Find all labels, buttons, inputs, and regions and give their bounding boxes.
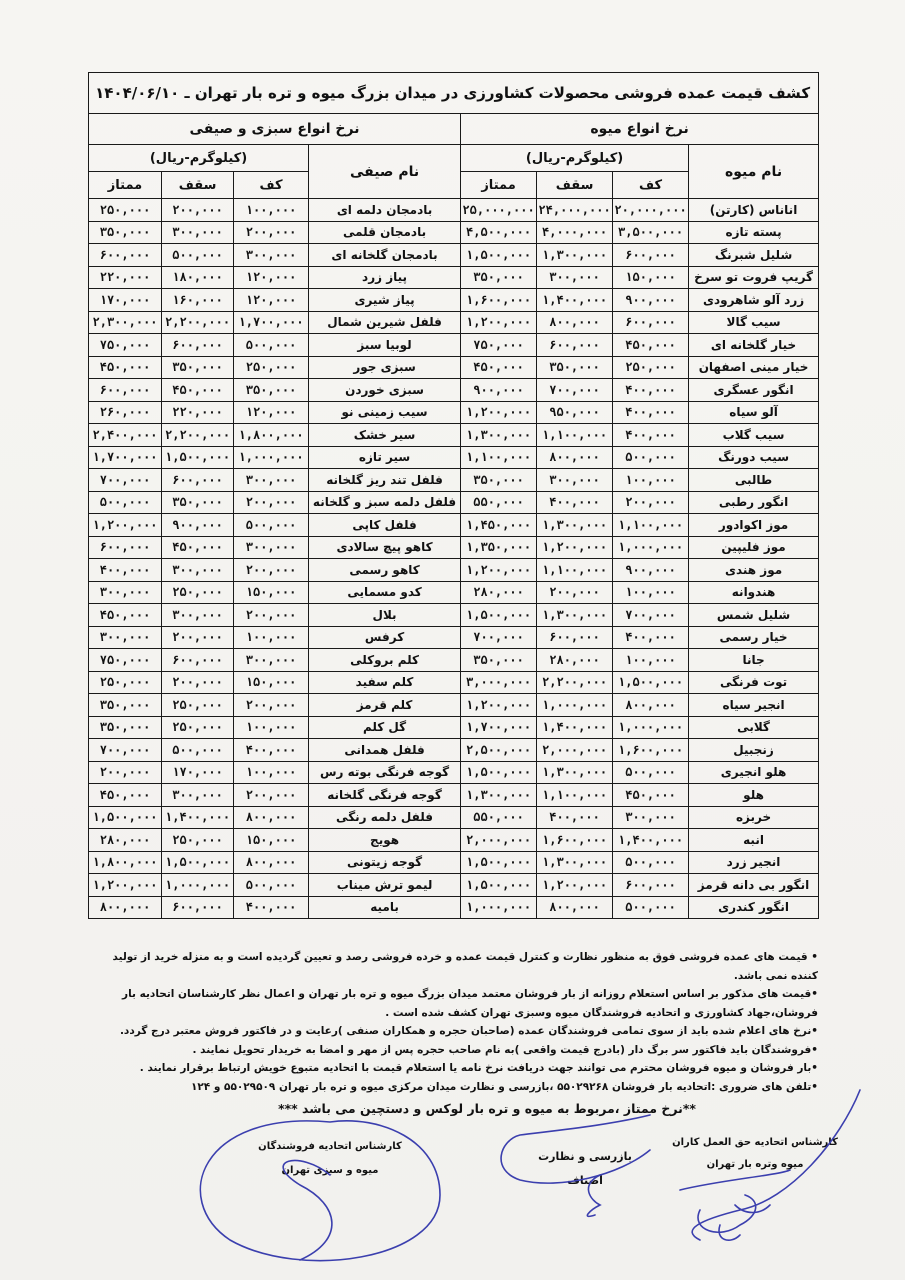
fruit-max-price-cell: ۳۵۰,۰۰۰ bbox=[537, 356, 613, 379]
veg-premium-price-cell: ۲۲۰,۰۰۰ bbox=[89, 266, 162, 289]
signature-block-right: کارشناس اتحادیه حق العمل کاران میوه وتره… bbox=[660, 1132, 850, 1176]
table-row: جانا۱۰۰,۰۰۰۲۸۰,۰۰۰۳۵۰,۰۰۰کلم بروکلی۳۰۰,۰… bbox=[89, 649, 819, 672]
fruit-premium-price-cell: ۱,۲۰۰,۰۰۰ bbox=[461, 559, 537, 582]
veg-premium-price-cell: ۷۵۰,۰۰۰ bbox=[89, 649, 162, 672]
veg-premium-price-cell: ۱,۵۰۰,۰۰۰ bbox=[89, 806, 162, 829]
veg-max-header: سقف bbox=[162, 172, 234, 199]
fruit-min-price-cell: ۶۰۰,۰۰۰ bbox=[613, 874, 689, 897]
table-row: خیار گلخانه ای۴۵۰,۰۰۰۶۰۰,۰۰۰۷۵۰,۰۰۰لوبیا… bbox=[89, 334, 819, 357]
veg-min-price-cell: ۱,۰۰۰,۰۰۰ bbox=[234, 446, 309, 469]
veg-max-price-cell: ۱۸۰,۰۰۰ bbox=[162, 266, 234, 289]
fruit-max-price-cell: ۱,۳۰۰,۰۰۰ bbox=[537, 761, 613, 784]
fruit-premium-price-cell: ۱,۲۰۰,۰۰۰ bbox=[461, 694, 537, 717]
veg-premium-price-cell: ۳۰۰,۰۰۰ bbox=[89, 581, 162, 604]
document-page: کشف قیمت عمده فروشی محصولات کشاورزی در م… bbox=[0, 0, 905, 1280]
fruit-max-price-cell: ۹۵۰,۰۰۰ bbox=[537, 401, 613, 424]
veg-premium-price-cell: ۵۰۰,۰۰۰ bbox=[89, 491, 162, 514]
fruit-min-price-cell: ۴۰۰,۰۰۰ bbox=[613, 401, 689, 424]
veg-max-price-cell: ۲,۲۰۰,۰۰۰ bbox=[162, 311, 234, 334]
table-row: انجیر زرد۵۰۰,۰۰۰۱,۳۰۰,۰۰۰۱,۵۰۰,۰۰۰گوجه ز… bbox=[89, 851, 819, 874]
table-row: سیب دورنگ۵۰۰,۰۰۰۸۰۰,۰۰۰۱,۱۰۰,۰۰۰سیر تازه… bbox=[89, 446, 819, 469]
fruit-name-cell: پسته تازه bbox=[689, 221, 819, 244]
veg-premium-price-cell: ۴۵۰,۰۰۰ bbox=[89, 784, 162, 807]
fruit-name-cell: جانا bbox=[689, 649, 819, 672]
fruit-min-price-cell: ۵۰۰,۰۰۰ bbox=[613, 851, 689, 874]
fruit-min-price-cell: ۶۰۰,۰۰۰ bbox=[613, 244, 689, 267]
table-row: انگور کندری۵۰۰,۰۰۰۸۰۰,۰۰۰۱,۰۰۰,۰۰۰بامیه۴… bbox=[89, 896, 819, 919]
veg-min-price-cell: ۱۰۰,۰۰۰ bbox=[234, 716, 309, 739]
fruit-min-price-cell: ۹۰۰,۰۰۰ bbox=[613, 559, 689, 582]
veg-min-price-cell: ۸۰۰,۰۰۰ bbox=[234, 806, 309, 829]
fruit-premium-price-cell: ۱,۵۰۰,۰۰۰ bbox=[461, 874, 537, 897]
veg-min-price-cell: ۱,۸۰۰,۰۰۰ bbox=[234, 424, 309, 447]
veg-name-cell: بامیه bbox=[309, 896, 461, 919]
fruit-premium-price-cell: ۳۵۰,۰۰۰ bbox=[461, 649, 537, 672]
fruit-min-price-cell: ۳۰۰,۰۰۰ bbox=[613, 806, 689, 829]
fruit-name-cell: گریپ فروت تو سرخ bbox=[689, 266, 819, 289]
veg-name-cell: لیمو ترش میناب bbox=[309, 874, 461, 897]
veg-name-cell: کاهو پیچ سالادی bbox=[309, 536, 461, 559]
veg-name-cell: سیب زمینی نو bbox=[309, 401, 461, 424]
veg-name-cell: پیاز شیری bbox=[309, 289, 461, 312]
veg-min-price-cell: ۳۰۰,۰۰۰ bbox=[234, 649, 309, 672]
note-phones: •تلفن های ضروری :اتحادیه بار فروشان ۵۵۰۲… bbox=[96, 1078, 818, 1097]
veg-max-price-cell: ۳۵۰,۰۰۰ bbox=[162, 356, 234, 379]
fruit-unit-label: (کیلوگرم-ریال) bbox=[461, 145, 689, 172]
fruit-name-cell: انگور کندری bbox=[689, 896, 819, 919]
veg-name-column-header: نام صیفی bbox=[309, 145, 461, 199]
signature-right-line2: میوه وتره بار تهران bbox=[660, 1154, 850, 1176]
veg-max-price-cell: ۲۵۰,۰۰۰ bbox=[162, 716, 234, 739]
veg-max-price-cell: ۱,۵۰۰,۰۰۰ bbox=[162, 851, 234, 874]
fruit-max-price-cell: ۱,۱۰۰,۰۰۰ bbox=[537, 424, 613, 447]
fruit-premium-price-cell: ۱,۶۰۰,۰۰۰ bbox=[461, 289, 537, 312]
veg-min-header: کف bbox=[234, 172, 309, 199]
fruit-min-price-cell: ۲۰,۰۰۰,۰۰۰ bbox=[613, 199, 689, 222]
fruit-min-price-cell: ۷۰۰,۰۰۰ bbox=[613, 604, 689, 627]
veg-premium-price-cell: ۸۰۰,۰۰۰ bbox=[89, 896, 162, 919]
veg-max-price-cell: ۲,۲۰۰,۰۰۰ bbox=[162, 424, 234, 447]
veg-premium-price-cell: ۳۵۰,۰۰۰ bbox=[89, 694, 162, 717]
fruit-min-price-cell: ۱۰۰,۰۰۰ bbox=[613, 581, 689, 604]
fruit-min-price-cell: ۴۰۰,۰۰۰ bbox=[613, 424, 689, 447]
veg-min-price-cell: ۱,۷۰۰,۰۰۰ bbox=[234, 311, 309, 334]
fruit-max-price-cell: ۱,۴۰۰,۰۰۰ bbox=[537, 716, 613, 739]
veg-name-cell: گل کلم bbox=[309, 716, 461, 739]
table-row: گلابی۱,۰۰۰,۰۰۰۱,۴۰۰,۰۰۰۱,۷۰۰,۰۰۰گل کلم۱۰… bbox=[89, 716, 819, 739]
fruit-premium-price-cell: ۱,۲۰۰,۰۰۰ bbox=[461, 401, 537, 424]
fruit-max-price-cell: ۲,۰۰۰,۰۰۰ bbox=[537, 739, 613, 762]
fruit-min-price-cell: ۱,۰۰۰,۰۰۰ bbox=[613, 716, 689, 739]
veg-name-cell: سبزی خوردن bbox=[309, 379, 461, 402]
note-4: •فروشندگان باید فاکتور سر برگ دار (بادرج… bbox=[96, 1041, 818, 1060]
fruit-max-price-cell: ۱,۱۰۰,۰۰۰ bbox=[537, 784, 613, 807]
fruit-premium-price-cell: ۳,۰۰۰,۰۰۰ bbox=[461, 671, 537, 694]
veg-min-price-cell: ۱۵۰,۰۰۰ bbox=[234, 581, 309, 604]
fruit-min-price-cell: ۴۵۰,۰۰۰ bbox=[613, 334, 689, 357]
veg-min-price-cell: ۵۰۰,۰۰۰ bbox=[234, 874, 309, 897]
fruit-premium-price-cell: ۱,۱۰۰,۰۰۰ bbox=[461, 446, 537, 469]
table-row: شلیل شمس۷۰۰,۰۰۰۱,۳۰۰,۰۰۰۱,۵۰۰,۰۰۰بلال۲۰۰… bbox=[89, 604, 819, 627]
veg-min-price-cell: ۲۰۰,۰۰۰ bbox=[234, 491, 309, 514]
fruit-name-cell: خیار گلخانه ای bbox=[689, 334, 819, 357]
fruit-name-cell: موز فلیپین bbox=[689, 536, 819, 559]
fruit-name-cell: زنجبیل bbox=[689, 739, 819, 762]
fruit-max-price-cell: ۱,۳۰۰,۰۰۰ bbox=[537, 244, 613, 267]
table-row: هلو۴۵۰,۰۰۰۱,۱۰۰,۰۰۰۱,۳۰۰,۰۰۰گوجه فرنگی گ… bbox=[89, 784, 819, 807]
fruit-max-price-cell: ۱,۲۰۰,۰۰۰ bbox=[537, 536, 613, 559]
fruit-min-price-cell: ۱۵۰,۰۰۰ bbox=[613, 266, 689, 289]
fruit-name-cell: هلو انجیری bbox=[689, 761, 819, 784]
fruit-max-price-cell: ۲,۲۰۰,۰۰۰ bbox=[537, 671, 613, 694]
fruit-premium-price-cell: ۲۵,۰۰۰,۰۰۰ bbox=[461, 199, 537, 222]
veg-max-price-cell: ۵۰۰,۰۰۰ bbox=[162, 739, 234, 762]
veg-premium-price-cell: ۷۰۰,۰۰۰ bbox=[89, 739, 162, 762]
note-5: •بار فروشان و میوه فروشان محترم می توانن… bbox=[96, 1059, 818, 1078]
veg-min-price-cell: ۲۵۰,۰۰۰ bbox=[234, 356, 309, 379]
table-row: توت فرنگی۱,۵۰۰,۰۰۰۲,۲۰۰,۰۰۰۳,۰۰۰,۰۰۰کلم … bbox=[89, 671, 819, 694]
veg-min-price-cell: ۱۰۰,۰۰۰ bbox=[234, 761, 309, 784]
fruit-max-price-cell: ۱,۶۰۰,۰۰۰ bbox=[537, 829, 613, 852]
fruit-max-price-cell: ۱,۰۰۰,۰۰۰ bbox=[537, 694, 613, 717]
fruit-max-price-cell: ۴,۰۰۰,۰۰۰ bbox=[537, 221, 613, 244]
fruit-min-price-cell: ۳,۵۰۰,۰۰۰ bbox=[613, 221, 689, 244]
veg-max-price-cell: ۴۵۰,۰۰۰ bbox=[162, 536, 234, 559]
fruit-max-price-cell: ۲۰۰,۰۰۰ bbox=[537, 581, 613, 604]
veg-min-price-cell: ۸۰۰,۰۰۰ bbox=[234, 851, 309, 874]
veg-max-price-cell: ۲۵۰,۰۰۰ bbox=[162, 829, 234, 852]
veg-max-price-cell: ۶۰۰,۰۰۰ bbox=[162, 469, 234, 492]
veg-name-cell: فلفل شیرین شمال bbox=[309, 311, 461, 334]
veg-min-price-cell: ۳۰۰,۰۰۰ bbox=[234, 244, 309, 267]
veg-premium-price-cell: ۶۰۰,۰۰۰ bbox=[89, 244, 162, 267]
fruit-max-price-cell: ۳۰۰,۰۰۰ bbox=[537, 469, 613, 492]
table-row: موز هندی۹۰۰,۰۰۰۱,۱۰۰,۰۰۰۱,۲۰۰,۰۰۰کاهو رس… bbox=[89, 559, 819, 582]
veg-name-cell: هویج bbox=[309, 829, 461, 852]
veg-premium-price-cell: ۳۵۰,۰۰۰ bbox=[89, 716, 162, 739]
table-row: شلیل شبرنگ۶۰۰,۰۰۰۱,۳۰۰,۰۰۰۱,۵۰۰,۰۰۰بادمج… bbox=[89, 244, 819, 267]
veg-min-price-cell: ۲۰۰,۰۰۰ bbox=[234, 221, 309, 244]
table-row: هندوانه۱۰۰,۰۰۰۲۰۰,۰۰۰۲۸۰,۰۰۰کدو مسمایی۱۵… bbox=[89, 581, 819, 604]
veg-premium-price-cell: ۱,۲۰۰,۰۰۰ bbox=[89, 874, 162, 897]
veg-name-cell: کرفس bbox=[309, 626, 461, 649]
veg-min-price-cell: ۱۲۰,۰۰۰ bbox=[234, 266, 309, 289]
note-3: •نرخ های اعلام شده باید از سوی تمامی فرو… bbox=[96, 1022, 818, 1041]
fruit-premium-header: ممتاز bbox=[461, 172, 537, 199]
veg-max-price-cell: ۳۰۰,۰۰۰ bbox=[162, 559, 234, 582]
fruit-max-price-cell: ۷۰۰,۰۰۰ bbox=[537, 379, 613, 402]
fruit-name-cell: اناناس (کارتن) bbox=[689, 199, 819, 222]
fruit-max-price-cell: ۸۰۰,۰۰۰ bbox=[537, 446, 613, 469]
veg-name-cell: سیر تازه bbox=[309, 446, 461, 469]
veg-premium-price-cell: ۷۰۰,۰۰۰ bbox=[89, 469, 162, 492]
fruit-name-cell: انگور بی دانه قرمز bbox=[689, 874, 819, 897]
veg-name-cell: گوجه فرنگی بوته رس bbox=[309, 761, 461, 784]
veg-premium-price-cell: ۲۰۰,۰۰۰ bbox=[89, 761, 162, 784]
veg-name-cell: بلال bbox=[309, 604, 461, 627]
fruit-name-cell: طالبی bbox=[689, 469, 819, 492]
veg-name-cell: فلفل دلمه رنگی bbox=[309, 806, 461, 829]
fruit-premium-price-cell: ۱,۳۰۰,۰۰۰ bbox=[461, 424, 537, 447]
fruit-min-price-cell: ۴۵۰,۰۰۰ bbox=[613, 784, 689, 807]
fruit-name-cell: موز هندی bbox=[689, 559, 819, 582]
veg-name-cell: کاهو رسمی bbox=[309, 559, 461, 582]
veg-min-price-cell: ۲۰۰,۰۰۰ bbox=[234, 694, 309, 717]
fruit-premium-price-cell: ۴,۵۰۰,۰۰۰ bbox=[461, 221, 537, 244]
fruit-premium-price-cell: ۱,۵۰۰,۰۰۰ bbox=[461, 604, 537, 627]
veg-name-cell: لوبیا سبز bbox=[309, 334, 461, 357]
veg-max-price-cell: ۲۵۰,۰۰۰ bbox=[162, 694, 234, 717]
veg-max-price-cell: ۲۰۰,۰۰۰ bbox=[162, 626, 234, 649]
fruit-max-price-cell: ۸۰۰,۰۰۰ bbox=[537, 311, 613, 334]
fruit-name-cell: سیب دورنگ bbox=[689, 446, 819, 469]
fruit-premium-price-cell: ۱,۵۰۰,۰۰۰ bbox=[461, 244, 537, 267]
fruit-name-cell: انجیر سیاه bbox=[689, 694, 819, 717]
veg-max-price-cell: ۱,۰۰۰,۰۰۰ bbox=[162, 874, 234, 897]
fruit-premium-price-cell: ۵۵۰,۰۰۰ bbox=[461, 806, 537, 829]
table-row: انگور بی دانه قرمز۶۰۰,۰۰۰۱,۲۰۰,۰۰۰۱,۵۰۰,… bbox=[89, 874, 819, 897]
fruit-name-cell: شلیل شبرنگ bbox=[689, 244, 819, 267]
veg-name-cell: گوجه فرنگی گلخانه bbox=[309, 784, 461, 807]
fruit-premium-price-cell: ۵۵۰,۰۰۰ bbox=[461, 491, 537, 514]
fruit-max-price-cell: ۴۰۰,۰۰۰ bbox=[537, 491, 613, 514]
fruit-name-cell: توت فرنگی bbox=[689, 671, 819, 694]
fruit-premium-price-cell: ۳۵۰,۰۰۰ bbox=[461, 266, 537, 289]
veg-unit-label: (کیلوگرم-ریال) bbox=[89, 145, 309, 172]
fruit-premium-price-cell: ۱,۵۰۰,۰۰۰ bbox=[461, 761, 537, 784]
fruit-max-price-cell: ۱,۴۰۰,۰۰۰ bbox=[537, 289, 613, 312]
veg-min-price-cell: ۱۰۰,۰۰۰ bbox=[234, 626, 309, 649]
fruit-max-price-cell: ۱,۱۰۰,۰۰۰ bbox=[537, 559, 613, 582]
table-row: گریپ فروت تو سرخ۱۵۰,۰۰۰۳۰۰,۰۰۰۳۵۰,۰۰۰پیا… bbox=[89, 266, 819, 289]
fruit-min-price-cell: ۱,۵۰۰,۰۰۰ bbox=[613, 671, 689, 694]
veg-min-price-cell: ۲۰۰,۰۰۰ bbox=[234, 559, 309, 582]
fruit-min-price-cell: ۱,۰۰۰,۰۰۰ bbox=[613, 536, 689, 559]
veg-max-price-cell: ۲۰۰,۰۰۰ bbox=[162, 199, 234, 222]
price-rows: اناناس (کارتن)۲۰,۰۰۰,۰۰۰۲۴,۰۰۰,۰۰۰۲۵,۰۰۰… bbox=[89, 199, 819, 919]
veg-max-price-cell: ۲۲۰,۰۰۰ bbox=[162, 401, 234, 424]
veg-premium-price-cell: ۳۵۰,۰۰۰ bbox=[89, 221, 162, 244]
fruit-name-cell: انگور رطبی bbox=[689, 491, 819, 514]
table-row: خربزه۳۰۰,۰۰۰۴۰۰,۰۰۰۵۵۰,۰۰۰فلفل دلمه رنگی… bbox=[89, 806, 819, 829]
veg-name-cell: بادمجان قلمی bbox=[309, 221, 461, 244]
fruit-premium-price-cell: ۲,۰۰۰,۰۰۰ bbox=[461, 829, 537, 852]
veg-name-cell: پیاز زرد bbox=[309, 266, 461, 289]
veg-max-price-cell: ۳۰۰,۰۰۰ bbox=[162, 784, 234, 807]
veg-premium-price-cell: ۲,۴۰۰,۰۰۰ bbox=[89, 424, 162, 447]
fruit-max-price-cell: ۳۰۰,۰۰۰ bbox=[537, 266, 613, 289]
fruit-min-price-cell: ۱,۶۰۰,۰۰۰ bbox=[613, 739, 689, 762]
table-row: هلو انجیری۵۰۰,۰۰۰۱,۳۰۰,۰۰۰۱,۵۰۰,۰۰۰گوجه … bbox=[89, 761, 819, 784]
fruit-max-price-cell: ۴۰۰,۰۰۰ bbox=[537, 806, 613, 829]
note-1: • قیمت های عمده فروشی فوق به منظور نظارت… bbox=[96, 948, 818, 985]
fruit-min-price-cell: ۱,۱۰۰,۰۰۰ bbox=[613, 514, 689, 537]
veg-premium-price-cell: ۱,۷۰۰,۰۰۰ bbox=[89, 446, 162, 469]
table-row: سیب گالا۶۰۰,۰۰۰۸۰۰,۰۰۰۱,۲۰۰,۰۰۰فلفل شیری… bbox=[89, 311, 819, 334]
price-table: کشف قیمت عمده فروشی محصولات کشاورزی در م… bbox=[88, 72, 819, 919]
veg-premium-price-cell: ۷۵۰,۰۰۰ bbox=[89, 334, 162, 357]
fruit-premium-price-cell: ۲,۵۰۰,۰۰۰ bbox=[461, 739, 537, 762]
fruit-max-price-cell: ۱,۲۰۰,۰۰۰ bbox=[537, 874, 613, 897]
fruit-max-price-cell: ۸۰۰,۰۰۰ bbox=[537, 896, 613, 919]
veg-min-price-cell: ۵۰۰,۰۰۰ bbox=[234, 514, 309, 537]
veg-min-price-cell: ۱۲۰,۰۰۰ bbox=[234, 289, 309, 312]
fruit-name-cell: گلابی bbox=[689, 716, 819, 739]
fruit-max-price-cell: ۶۰۰,۰۰۰ bbox=[537, 626, 613, 649]
fruit-min-price-cell: ۶۰۰,۰۰۰ bbox=[613, 311, 689, 334]
signature-left-line1: کارشناس اتحادیه فروشندگان bbox=[240, 1135, 420, 1159]
fruit-max-price-cell: ۲۴,۰۰۰,۰۰۰ bbox=[537, 199, 613, 222]
veg-max-price-cell: ۳۰۰,۰۰۰ bbox=[162, 604, 234, 627]
fruit-name-cell: آلو سیاه bbox=[689, 401, 819, 424]
veg-min-price-cell: ۴۰۰,۰۰۰ bbox=[234, 896, 309, 919]
fruit-name-cell: هلو bbox=[689, 784, 819, 807]
veg-min-price-cell: ۵۰۰,۰۰۰ bbox=[234, 334, 309, 357]
table-row: زنجبیل۱,۶۰۰,۰۰۰۲,۰۰۰,۰۰۰۲,۵۰۰,۰۰۰فلفل هم… bbox=[89, 739, 819, 762]
veg-premium-price-cell: ۴۰۰,۰۰۰ bbox=[89, 559, 162, 582]
fruit-max-price-cell: ۶۰۰,۰۰۰ bbox=[537, 334, 613, 357]
fruit-name-column-header: نام میوه bbox=[689, 145, 819, 199]
table-row: موز فلیپین۱,۰۰۰,۰۰۰۱,۲۰۰,۰۰۰۱,۳۵۰,۰۰۰کاه… bbox=[89, 536, 819, 559]
fruit-min-price-cell: ۱,۴۰۰,۰۰۰ bbox=[613, 829, 689, 852]
fruit-premium-price-cell: ۴۵۰,۰۰۰ bbox=[461, 356, 537, 379]
table-row: پسته تازه۳,۵۰۰,۰۰۰۴,۰۰۰,۰۰۰۴,۵۰۰,۰۰۰بادم… bbox=[89, 221, 819, 244]
fruit-premium-price-cell: ۳۵۰,۰۰۰ bbox=[461, 469, 537, 492]
veg-premium-header: ممتاز bbox=[89, 172, 162, 199]
signature-right-line1: کارشناس اتحادیه حق العمل کاران bbox=[660, 1132, 850, 1154]
veg-max-price-cell: ۹۰۰,۰۰۰ bbox=[162, 514, 234, 537]
veg-min-price-cell: ۳۰۰,۰۰۰ bbox=[234, 469, 309, 492]
note-2: •قیمت های مذکور بر اساس استعلام روزانه ا… bbox=[96, 985, 818, 1022]
fruit-premium-price-cell: ۹۰۰,۰۰۰ bbox=[461, 379, 537, 402]
veg-min-price-cell: ۴۰۰,۰۰۰ bbox=[234, 739, 309, 762]
veg-max-price-cell: ۶۰۰,۰۰۰ bbox=[162, 896, 234, 919]
veg-premium-price-cell: ۶۰۰,۰۰۰ bbox=[89, 536, 162, 559]
veg-max-price-cell: ۱,۵۰۰,۰۰۰ bbox=[162, 446, 234, 469]
fruit-premium-price-cell: ۱,۴۵۰,۰۰۰ bbox=[461, 514, 537, 537]
veg-min-price-cell: ۲۰۰,۰۰۰ bbox=[234, 604, 309, 627]
table-row: طالبی۱۰۰,۰۰۰۳۰۰,۰۰۰۳۵۰,۰۰۰فلفل تند ریز گ… bbox=[89, 469, 819, 492]
veg-premium-price-cell: ۲۸۰,۰۰۰ bbox=[89, 829, 162, 852]
table-row: آلو سیاه۴۰۰,۰۰۰۹۵۰,۰۰۰۱,۲۰۰,۰۰۰سیب زمینی… bbox=[89, 401, 819, 424]
veg-max-price-cell: ۱۷۰,۰۰۰ bbox=[162, 761, 234, 784]
fruit-min-price-cell: ۲۰۰,۰۰۰ bbox=[613, 491, 689, 514]
veg-premium-price-cell: ۴۵۰,۰۰۰ bbox=[89, 604, 162, 627]
veg-name-cell: سیر خشک bbox=[309, 424, 461, 447]
veg-name-cell: کدو مسمایی bbox=[309, 581, 461, 604]
fruit-max-price-cell: ۲۸۰,۰۰۰ bbox=[537, 649, 613, 672]
fruit-name-cell: خربزه bbox=[689, 806, 819, 829]
table-row: خیار رسمی۴۰۰,۰۰۰۶۰۰,۰۰۰۷۰۰,۰۰۰کرفس۱۰۰,۰۰… bbox=[89, 626, 819, 649]
fruit-premium-price-cell: ۷۵۰,۰۰۰ bbox=[461, 334, 537, 357]
veg-name-cell: فلفل کاپی bbox=[309, 514, 461, 537]
table-row: اناناس (کارتن)۲۰,۰۰۰,۰۰۰۲۴,۰۰۰,۰۰۰۲۵,۰۰۰… bbox=[89, 199, 819, 222]
veg-premium-price-cell: ۱۷۰,۰۰۰ bbox=[89, 289, 162, 312]
veg-premium-price-cell: ۲۵۰,۰۰۰ bbox=[89, 199, 162, 222]
fruit-premium-price-cell: ۱,۳۰۰,۰۰۰ bbox=[461, 784, 537, 807]
fruit-name-cell: انبه bbox=[689, 829, 819, 852]
fruit-name-cell: موز اکوادور bbox=[689, 514, 819, 537]
veg-name-cell: فلفل همدانی bbox=[309, 739, 461, 762]
table-row: انگور عسگری۴۰۰,۰۰۰۷۰۰,۰۰۰۹۰۰,۰۰۰سبزی خور… bbox=[89, 379, 819, 402]
veg-name-cell: فلفل تند ریز گلخانه bbox=[309, 469, 461, 492]
fruit-premium-price-cell: ۷۰۰,۰۰۰ bbox=[461, 626, 537, 649]
fruit-max-header: سقف bbox=[537, 172, 613, 199]
fruit-name-cell: سیب گالا bbox=[689, 311, 819, 334]
fruit-premium-price-cell: ۱,۲۰۰,۰۰۰ bbox=[461, 311, 537, 334]
fruit-min-price-cell: ۱۰۰,۰۰۰ bbox=[613, 649, 689, 672]
fruit-max-price-cell: ۱,۳۰۰,۰۰۰ bbox=[537, 514, 613, 537]
veg-name-cell: کلم سفید bbox=[309, 671, 461, 694]
fruit-premium-price-cell: ۱,۷۰۰,۰۰۰ bbox=[461, 716, 537, 739]
fruit-name-cell: انگور عسگری bbox=[689, 379, 819, 402]
veg-max-price-cell: ۱۶۰,۰۰۰ bbox=[162, 289, 234, 312]
veg-name-cell: کلم قرمز bbox=[309, 694, 461, 717]
fruit-name-cell: شلیل شمس bbox=[689, 604, 819, 627]
veg-max-price-cell: ۳۵۰,۰۰۰ bbox=[162, 491, 234, 514]
veg-premium-price-cell: ۲۵۰,۰۰۰ bbox=[89, 671, 162, 694]
veg-min-price-cell: ۱۰۰,۰۰۰ bbox=[234, 199, 309, 222]
fruit-premium-price-cell: ۱,۵۰۰,۰۰۰ bbox=[461, 851, 537, 874]
fruit-name-cell: سیب گلاب bbox=[689, 424, 819, 447]
table-row: خیار مینی اصفهان۲۵۰,۰۰۰۳۵۰,۰۰۰۴۵۰,۰۰۰سبز… bbox=[89, 356, 819, 379]
veg-min-price-cell: ۱۵۰,۰۰۰ bbox=[234, 829, 309, 852]
fruit-premium-price-cell: ۱,۰۰۰,۰۰۰ bbox=[461, 896, 537, 919]
signature-block-left: کارشناس اتحادیه فروشندگان میوه و سبزی ته… bbox=[240, 1135, 420, 1183]
fruit-premium-price-cell: ۲۸۰,۰۰۰ bbox=[461, 581, 537, 604]
table-row: زرد آلو شاهرودی۹۰۰,۰۰۰۱,۴۰۰,۰۰۰۱,۶۰۰,۰۰۰… bbox=[89, 289, 819, 312]
fruit-premium-price-cell: ۱,۳۵۰,۰۰۰ bbox=[461, 536, 537, 559]
veg-premium-price-cell: ۲,۳۰۰,۰۰۰ bbox=[89, 311, 162, 334]
fruit-min-header: کف bbox=[613, 172, 689, 199]
veg-max-price-cell: ۶۰۰,۰۰۰ bbox=[162, 334, 234, 357]
fruit-min-price-cell: ۴۰۰,۰۰۰ bbox=[613, 626, 689, 649]
table-row: سیب گلاب۴۰۰,۰۰۰۱,۱۰۰,۰۰۰۱,۳۰۰,۰۰۰سیر خشک… bbox=[89, 424, 819, 447]
veg-name-cell: گوجه زیتونی bbox=[309, 851, 461, 874]
veg-min-price-cell: ۱۲۰,۰۰۰ bbox=[234, 401, 309, 424]
fruit-name-cell: خیار رسمی bbox=[689, 626, 819, 649]
veg-premium-price-cell: ۱,۲۰۰,۰۰۰ bbox=[89, 514, 162, 537]
table-row: انجیر سیاه۸۰۰,۰۰۰۱,۰۰۰,۰۰۰۱,۲۰۰,۰۰۰کلم ق… bbox=[89, 694, 819, 717]
veg-name-cell: فلفل دلمه سبز و گلخانه bbox=[309, 491, 461, 514]
veg-name-cell: بادمجان دلمه ای bbox=[309, 199, 461, 222]
veg-min-price-cell: ۳۵۰,۰۰۰ bbox=[234, 379, 309, 402]
veg-max-price-cell: ۲۵۰,۰۰۰ bbox=[162, 581, 234, 604]
veg-premium-price-cell: ۴۵۰,۰۰۰ bbox=[89, 356, 162, 379]
veg-premium-price-cell: ۱,۸۰۰,۰۰۰ bbox=[89, 851, 162, 874]
fruit-min-price-cell: ۵۰۰,۰۰۰ bbox=[613, 761, 689, 784]
veg-max-price-cell: ۵۰۰,۰۰۰ bbox=[162, 244, 234, 267]
veg-name-cell: سبزی جور bbox=[309, 356, 461, 379]
fruit-min-price-cell: ۵۰۰,۰۰۰ bbox=[613, 896, 689, 919]
fruit-name-cell: خیار مینی اصفهان bbox=[689, 356, 819, 379]
fruit-min-price-cell: ۵۰۰,۰۰۰ bbox=[613, 446, 689, 469]
fruit-section-header: نرخ انواع میوه bbox=[461, 114, 819, 145]
veg-max-price-cell: ۱,۴۰۰,۰۰۰ bbox=[162, 806, 234, 829]
signature-left-line2: میوه و سبزی تهران bbox=[240, 1159, 420, 1183]
signature-middle-line1: بازرسی و نظارت اصناف bbox=[520, 1145, 650, 1193]
table-row: انبه۱,۴۰۰,۰۰۰۱,۶۰۰,۰۰۰۲,۰۰۰,۰۰۰هویج۱۵۰,۰… bbox=[89, 829, 819, 852]
table-row: موز اکوادور۱,۱۰۰,۰۰۰۱,۳۰۰,۰۰۰۱,۴۵۰,۰۰۰فل… bbox=[89, 514, 819, 537]
fruit-min-price-cell: ۴۰۰,۰۰۰ bbox=[613, 379, 689, 402]
veg-max-price-cell: ۶۰۰,۰۰۰ bbox=[162, 649, 234, 672]
document-title: کشف قیمت عمده فروشی محصولات کشاورزی در م… bbox=[89, 73, 819, 114]
fruit-min-price-cell: ۲۵۰,۰۰۰ bbox=[613, 356, 689, 379]
veg-name-cell: بادمجان گلخانه ای bbox=[309, 244, 461, 267]
premium-note: **نرخ ممتاز ،مربوط به میوه و تره بار لوک… bbox=[96, 1100, 818, 1119]
fruit-name-cell: زرد آلو شاهرودی bbox=[689, 289, 819, 312]
veg-max-price-cell: ۲۰۰,۰۰۰ bbox=[162, 671, 234, 694]
